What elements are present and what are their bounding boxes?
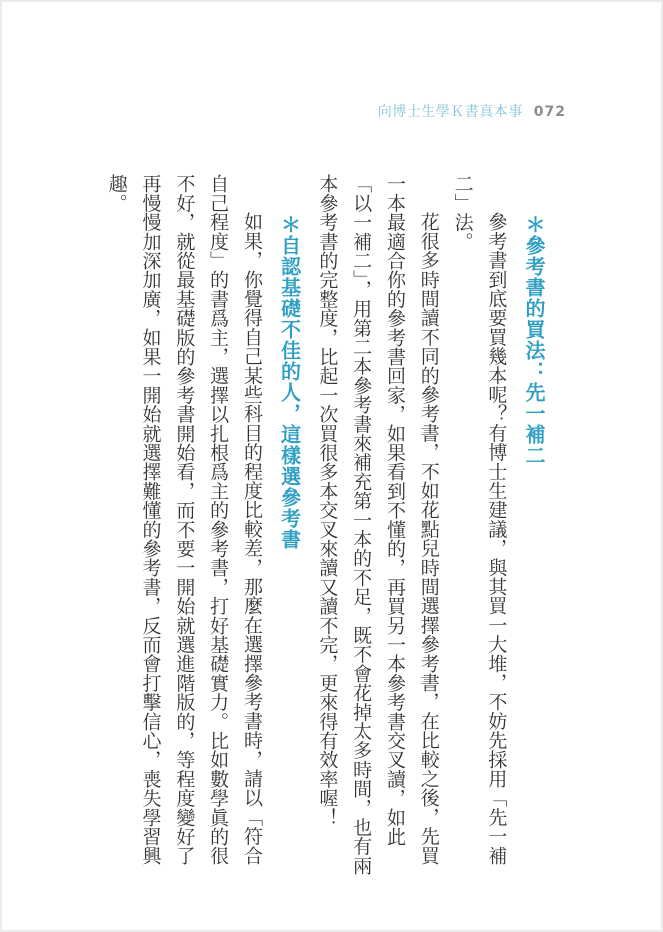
- vertical-text-content: ＊參考書的買法：先一補二 參考書到底要買幾本呢？有博士生建議，與其買一大堆，不妨…: [112, 174, 554, 880]
- page-number: 072: [534, 104, 566, 120]
- section-heading-buying-method: ＊參考書的買法：先一補二: [515, 174, 551, 880]
- paragraph: 如果，你覺得自己某些科目的程度比較差，那麼在選擇參考書時，請以「符合自己程度」的…: [99, 174, 268, 880]
- paragraph: 參考書到底要買幾本呢？有博士生建議，與其買一大堆，不妨先採用「先一補二」法。: [445, 174, 513, 880]
- paragraph: 花很多時間讀不同的參考書，不如花點兒時間選擇參考書，在比較之後，先買一本最適合你…: [310, 174, 445, 880]
- section-heading-weak-foundation: ＊自認基礎不佳的人，這樣選參考書: [271, 174, 307, 880]
- book-page: 向博士生學Ｋ書真本事 072 ＊參考書的買法：先一補二 參考書到底要買幾本呢？有…: [2, 2, 661, 930]
- running-head: 向博士生學Ｋ書真本事 072: [378, 101, 566, 121]
- running-head-title: 向博士生學Ｋ書真本事: [378, 101, 523, 121]
